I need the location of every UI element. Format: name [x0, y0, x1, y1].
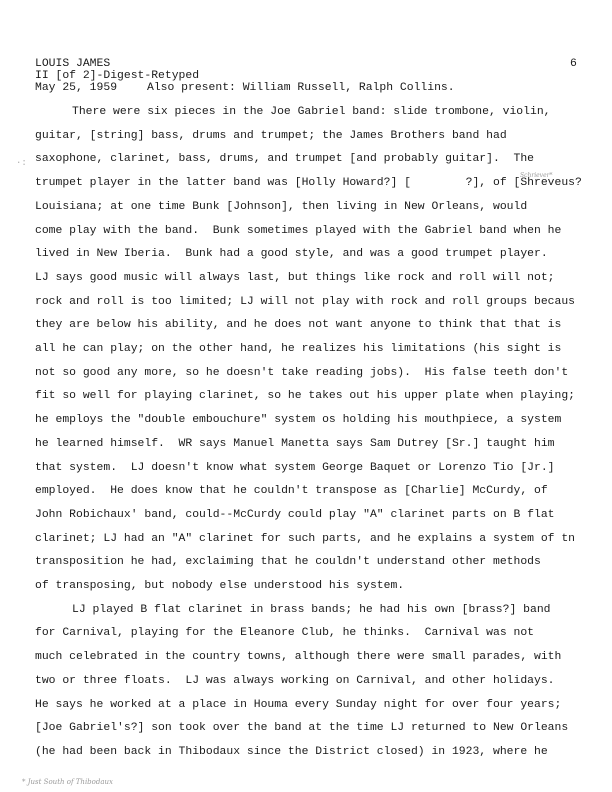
transcript-line: (he had been back in Thibodaux since the…: [35, 746, 548, 758]
transcript-line: two or three floats. LJ was always worki…: [35, 675, 555, 687]
transcript-line: of transposing, but nobody else understo…: [35, 580, 404, 592]
footnote: * Just South of Thibodaux: [22, 778, 113, 786]
transcript-line: that system. LJ doesn't know what system…: [35, 462, 555, 474]
transcript-line: transposition he had, exclaiming that he…: [35, 556, 541, 568]
transcript-line: LJ says good music will always last, but…: [35, 272, 555, 284]
transcript-line: come play with the band. Bunk sometimes …: [35, 225, 561, 237]
transcript-line: saxophone, clarinet, bass, drums, and tr…: [35, 153, 534, 165]
reel-info: II [of 2]-Digest-Retyped: [35, 70, 199, 82]
transcript-line: clarinet; LJ had an "A" clarinet for suc…: [35, 533, 575, 545]
transcript-line: LJ played B flat clarinet in brass bands…: [72, 604, 551, 616]
transcript-line: rock and roll is too limited; LJ will no…: [35, 296, 575, 308]
transcript-line: fit so well for playing clarinet, so he …: [35, 390, 575, 402]
transcript-line: guitar, [string] bass, drums and trumpet…: [35, 130, 507, 142]
transcript-line: for Carnival, playing for the Eleanore C…: [35, 627, 534, 639]
transcript-line: John Robichaux' band, could--McCurdy cou…: [35, 509, 555, 521]
interviewee-name: LOUIS JAMES: [35, 58, 110, 70]
transcript-line: he learned himself. WR says Manuel Manet…: [35, 438, 555, 450]
page-number: 6: [570, 58, 577, 70]
transcript-line: not so good any more, so he doesn't take…: [35, 367, 568, 379]
interview-date: May 25, 1959: [35, 82, 117, 94]
transcript-line: employed. He does know that he couldn't …: [35, 485, 548, 497]
transcript-line: He says he worked at a place in Houma ev…: [35, 699, 561, 711]
transcript-line: Louisiana; at one time Bunk [Johnson], t…: [35, 201, 527, 213]
transcript-line: trumpet player in the latter band was [H…: [35, 177, 582, 189]
margin-mark: ·:: [16, 158, 27, 168]
also-present: Also present: William Russell, Ralph Col…: [147, 82, 455, 94]
transcript-line: he employs the "double embouchure" syste…: [35, 414, 561, 426]
transcript-line: much celebrated in the country towns, al…: [35, 651, 561, 663]
transcript-line: [Joe Gabriel's?] son took over the band …: [35, 722, 568, 734]
transcript-line: lived in New Iberia. Bunk had a good sty…: [35, 248, 548, 260]
handwritten-annotation: Schriever*: [520, 172, 552, 179]
transcript-line: There were six pieces in the Joe Gabriel…: [72, 106, 551, 118]
transcript-line: all he can play; on the other hand, he r…: [35, 343, 561, 355]
transcript-line: they are below his ability, and he does …: [35, 319, 561, 331]
document-page: LOUIS JAMES II [of 2]-Digest-Retyped May…: [0, 0, 612, 792]
